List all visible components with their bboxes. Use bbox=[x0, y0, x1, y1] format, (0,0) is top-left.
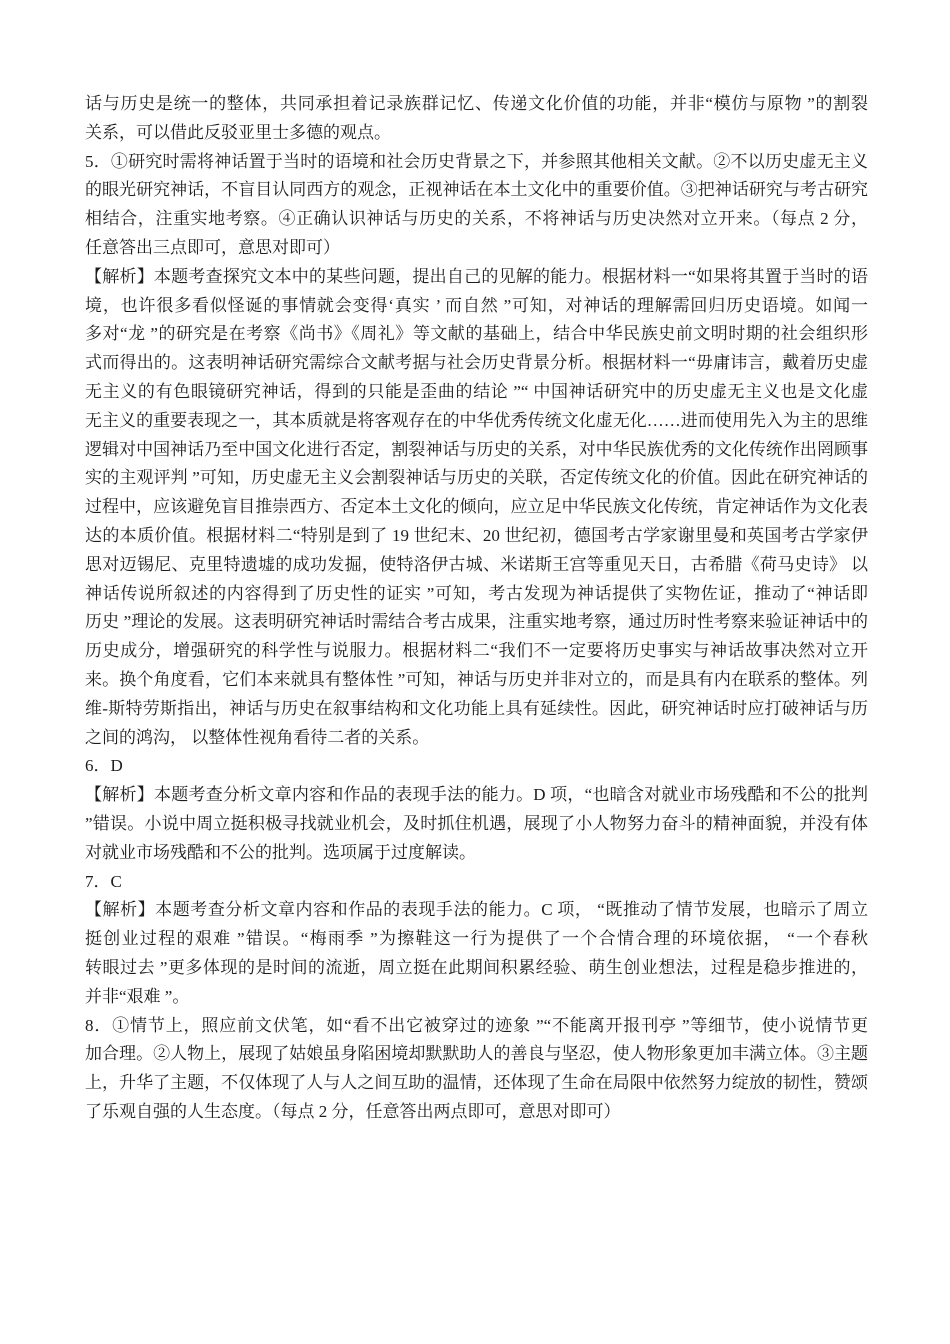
document-page: 话与历史是统一的整体，共同承担着记录族群记忆、传递文化价值的功能，并非“模仿与原… bbox=[0, 0, 950, 1344]
text-line: 历史成分，增强研究的科学性与说服力。根据材料二“我们不一定要将历史事实与神话故事… bbox=[85, 637, 868, 666]
paragraph-analysis-5: 【解析】本题考查探究文本中的某些问题，提出自己的见解的能力。根据材料一“如果将其… bbox=[85, 263, 868, 753]
text-line: 【解析】本题考查分析文章内容和作品的表现手法的能力。C 项， “既推动了情节发展… bbox=[85, 896, 868, 925]
text-line: 多对“龙 ”的研究是在考察《尚书》《周礼》等文献的基础上，结合中华民族史前文明时… bbox=[85, 320, 868, 349]
text-line: 过程中，应该避免盲目推崇西方、否定本土文化的倾向，应立足中华民族文化传统，肯定神… bbox=[85, 493, 868, 522]
text-line: 历史 ”理论的发展。这表明研究神话时需结合考古成果，注重实地考察，通过历时性考察… bbox=[85, 608, 868, 637]
paragraph-analysis-7: 【解析】本题考查分析文章内容和作品的表现手法的能力。C 项， “既推动了情节发展… bbox=[85, 896, 868, 1011]
text-line: 任意答出三点即可，意思对即可） bbox=[85, 234, 868, 263]
paragraph-answer-6: 6．D bbox=[85, 752, 868, 781]
paragraph-answer-5: 5．①研究时需将神话置于当时的语境和社会历史背景之下，并参照其他相关文献。②不以… bbox=[85, 148, 868, 263]
text-line: 上，升华了主题，不仅体现了人与人之间互助的温情，还体现了生命在局限中依然努力绽放… bbox=[85, 1069, 868, 1098]
text-line: 达的本质价值。根据材料二“特别是到了 19 世纪末、20 世纪初，德国考古学家谢… bbox=[85, 522, 868, 551]
text-line: 来。换个角度看，它们本来就具有整体性 ”可知，神话与历史并非对立的，而是具有内在… bbox=[85, 666, 868, 695]
paragraph-answer-4-continuation: 话与历史是统一的整体，共同承担着记录族群记忆、传递文化价值的功能，并非“模仿与原… bbox=[85, 90, 868, 148]
text-line: 神话传说所叙述的内容得到了历史性的证实 ”可知，考古发现为神话提供了实物佐证，推… bbox=[85, 580, 868, 609]
text-line: 加合理。②人物上，展现了姑娘虽身陷困境却默默助人的善良与坚忍，使人物形象更加丰满… bbox=[85, 1040, 868, 1069]
document-content: 话与历史是统一的整体，共同承担着记录族群记忆、传递文化价值的功能，并非“模仿与原… bbox=[85, 90, 868, 1127]
text-line: 相结合，注重实地考察。④正确认识神话与历史的关系，不将神话与历史决然对立开来。（… bbox=[85, 205, 868, 234]
text-line: 实的主观评判 ”可知，历史虚无主义会割裂神话与历史的关联，否定传统文化的价值。因… bbox=[85, 464, 868, 493]
text-line: 挺创业过程的艰难 ”错误。“梅雨季 ”为擦鞋这一行为提供了一个合情合理的环境依据… bbox=[85, 925, 868, 954]
text-line: 8．①情节上，照应前文伏笔，如“看不出它被穿过的迹象 ”“不能离开报刊亭 ”等细… bbox=[85, 1012, 868, 1041]
text-line: 思对迈锡尼、克里特遗墟的成功发掘，使特洛伊古城、米诺斯王宫等重见天日，古希腊《荷… bbox=[85, 551, 868, 580]
text-line: 话与历史是统一的整体，共同承担着记录族群记忆、传递文化价值的功能，并非“模仿与原… bbox=[85, 90, 868, 119]
text-line: 5．①研究时需将神话置于当时的语境和社会历史背景之下，并参照其他相关文献。②不以… bbox=[85, 148, 868, 177]
text-line: 之间的鸿沟， 以整体性视角看待二者的关系。 bbox=[85, 724, 868, 753]
paragraph-analysis-6: 【解析】本题考查分析文章内容和作品的表现手法的能力。D 项，“也暗含对就业市场残… bbox=[85, 781, 868, 867]
text-line: 7．C bbox=[85, 868, 868, 897]
text-line: 式而得出的。这表明神话研究需综合文献考据与社会历史背景分析。根据材料一“毋庸讳言… bbox=[85, 349, 868, 378]
text-line: 转眼过去 ”更多体现的是时间的流逝，周立挺在此期间积累经验、萌生创业想法，过程是… bbox=[85, 954, 868, 983]
text-line: 无主义的重要表现之一，其本质就是将客观存在的中华优秀传统文化虚无化……进而使用先… bbox=[85, 407, 868, 436]
text-line: 的眼光研究神话，不盲目认同西方的观念，正视神话在本土文化中的重要价值。③把神话研… bbox=[85, 176, 868, 205]
text-line: 【解析】本题考查探究文本中的某些问题，提出自己的见解的能力。根据材料一“如果将其… bbox=[85, 263, 868, 292]
text-line: 逻辑对中国神话乃至中国文化进行否定，割裂神话与历史的关系，对中华民族优秀的文化传… bbox=[85, 436, 868, 465]
paragraph-answer-8: 8．①情节上，照应前文伏笔，如“看不出它被穿过的迹象 ”“不能离开报刊亭 ”等细… bbox=[85, 1012, 868, 1127]
text-line: 境，也许很多看似怪诞的事情就会变得‘真实 ’ 而自然 ”可知，对神话的理解需回归… bbox=[85, 292, 868, 321]
text-line: 对就业市场残酷和不公的批判。选项属于过度解读。 bbox=[85, 839, 868, 868]
text-line: 了乐观自强的人生态度。（每点 2 分，任意答出两点即可，意思对即可） bbox=[85, 1098, 868, 1127]
text-line: 无主义的有色眼镜研究神话，得到的只能是歪曲的结论 ”“ 中国神话研究中的历史虚无… bbox=[85, 378, 868, 407]
text-line: ”错误。小说中周立挺积极寻找就业机会，及时抓住机遇，展现了小人物努力奋斗的精神面… bbox=[85, 810, 868, 839]
text-line: 6．D bbox=[85, 752, 868, 781]
text-line: 并非“艰难 ”。 bbox=[85, 983, 868, 1012]
paragraph-answer-7: 7．C bbox=[85, 868, 868, 897]
text-line: 【解析】本题考查分析文章内容和作品的表现手法的能力。D 项，“也暗含对就业市场残… bbox=[85, 781, 868, 810]
text-line: 关系，可以借此反驳亚里士多德的观点。 bbox=[85, 119, 868, 148]
text-line: 维-斯特劳斯指出，神话与历史在叙事结构和文化功能上具有延续性。因此，研究神话时应… bbox=[85, 695, 868, 724]
